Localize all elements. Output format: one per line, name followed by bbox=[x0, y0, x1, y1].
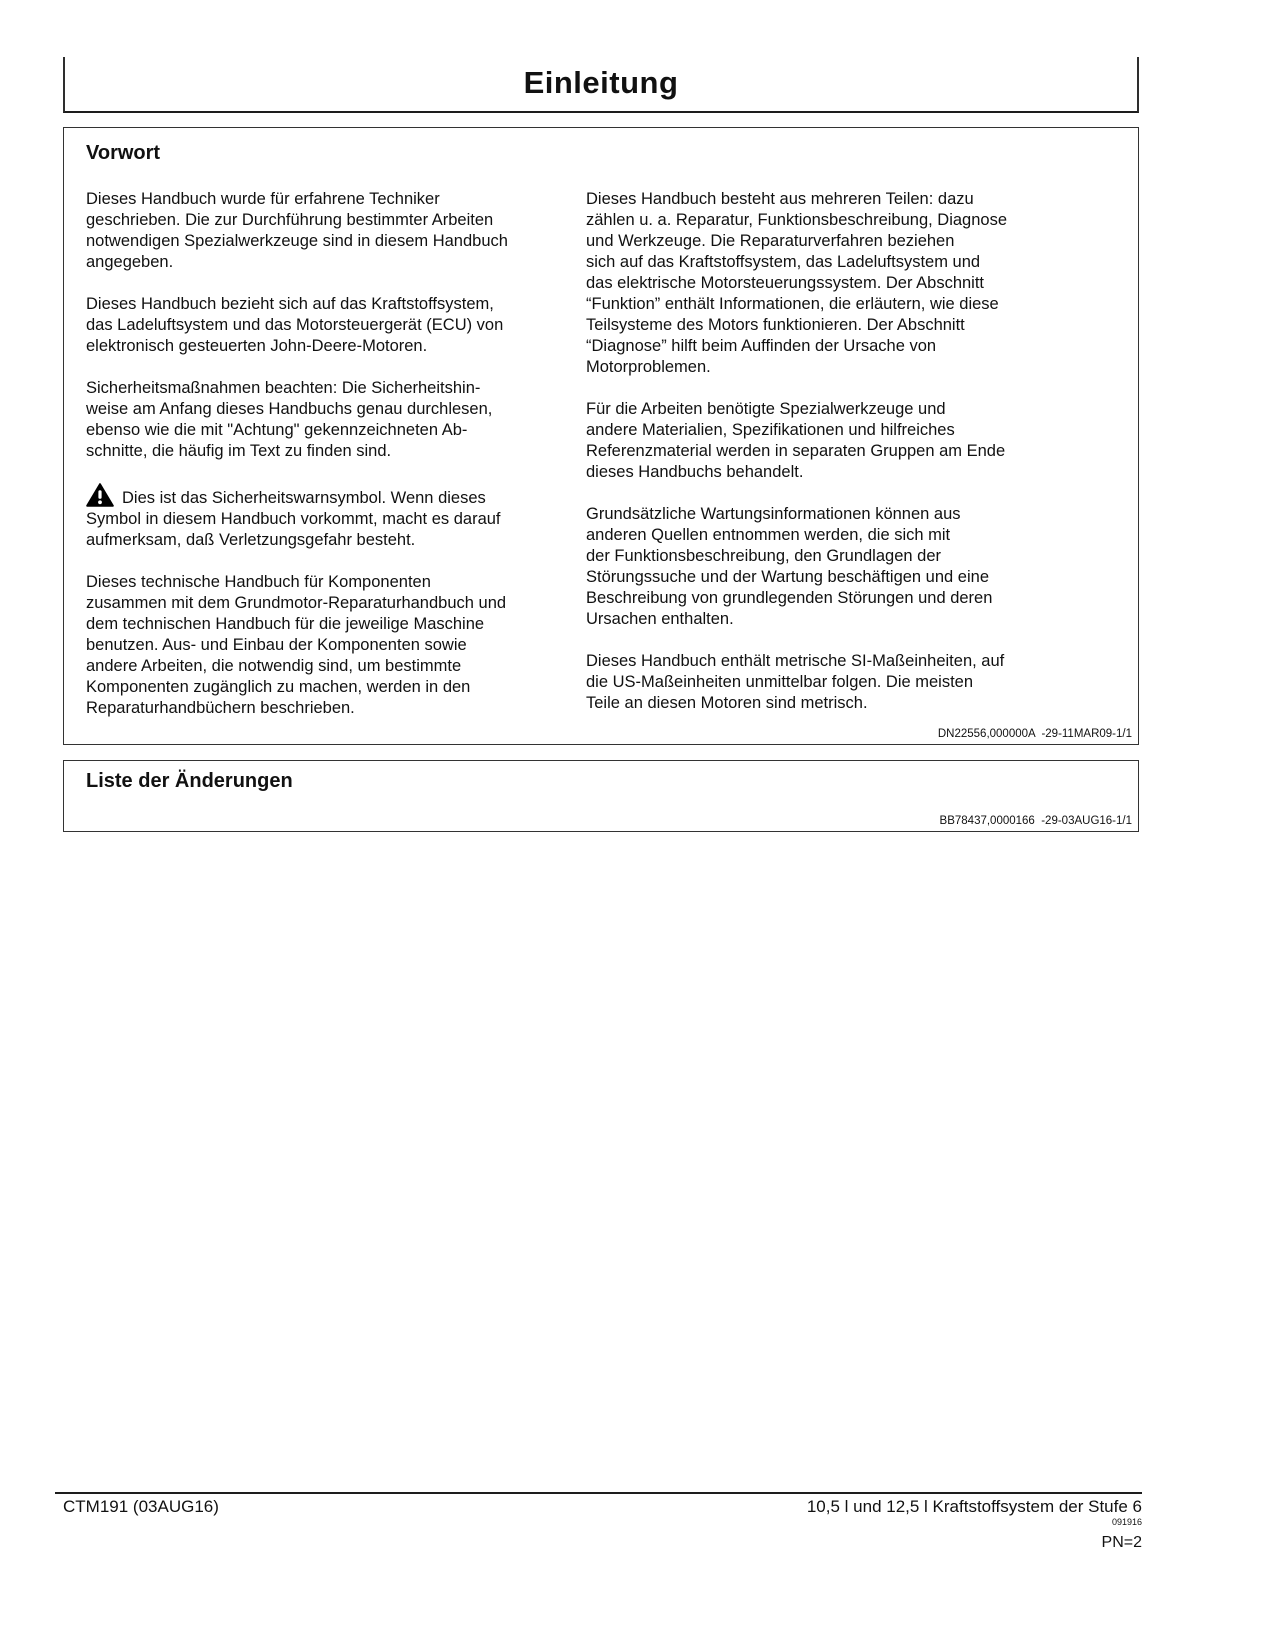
page-footer: CTM191 (03AUG16) 10,5 l und 12,5 l Kraft… bbox=[55, 1492, 1142, 1552]
section-reference-code: BB78437,0000166 -29-03AUG16-1/1 bbox=[940, 814, 1132, 828]
page-title: Einleitung bbox=[524, 65, 679, 103]
paragraph: Dieses Handbuch wurde für erfahrene Tech… bbox=[86, 189, 562, 273]
vorwort-columns: Dieses Handbuch wurde für erfahrene Tech… bbox=[86, 189, 1116, 740]
paragraph: Dieses technische Handbuch für Komponent… bbox=[86, 572, 562, 719]
paragraph: Für die Arbeiten benötigte Spezialwerkze… bbox=[586, 399, 1116, 483]
section-reference-code: DN22556,000000A -29-11MAR09-1/1 bbox=[938, 727, 1132, 741]
right-column: Dieses Handbuch besteht aus mehreren Tei… bbox=[586, 189, 1116, 740]
footer-print-date: 091916 bbox=[807, 1517, 1142, 1527]
safety-alert-icon bbox=[86, 483, 114, 507]
paragraph: Dieses Handbuch enthält metrische SI-Maß… bbox=[586, 651, 1116, 714]
manual-page: Einleitung Vorwort Dieses Handbuch wurde… bbox=[0, 0, 1275, 1650]
chapter-title-box: Einleitung bbox=[63, 57, 1139, 113]
vorwort-heading: Vorwort bbox=[86, 142, 1116, 165]
changes-heading: Liste der Änderungen bbox=[86, 770, 1116, 793]
footer-page-number: PN=2 bbox=[807, 1533, 1142, 1552]
warning-text: Dies ist das Sicherheitswarnsymbol. Wenn… bbox=[86, 489, 501, 549]
paragraph: Dieses Handbuch besteht aus mehreren Tei… bbox=[586, 189, 1116, 378]
footer-manual-code: CTM191 (03AUG16) bbox=[55, 1497, 219, 1517]
paragraph: Dieses Handbuch bezieht sich auf das Kra… bbox=[86, 294, 562, 357]
left-column: Dieses Handbuch wurde für erfahrene Tech… bbox=[86, 189, 562, 740]
footer-manual-title: 10,5 l und 12,5 l Kraftstoffsystem der S… bbox=[807, 1497, 1142, 1517]
changes-section: Liste der Änderungen BB78437,0000166 -29… bbox=[63, 760, 1139, 832]
footer-right-block: 10,5 l und 12,5 l Kraftstoffsystem der S… bbox=[807, 1497, 1142, 1552]
paragraph: Grundsätzliche Wartungsinformationen kön… bbox=[586, 504, 1116, 630]
paragraph: Sicherheitsmaßnahmen beachten: Die Siche… bbox=[86, 378, 562, 462]
safety-warning-paragraph: Dies ist das Sicherheitswarnsymbol. Wenn… bbox=[86, 483, 562, 551]
vorwort-section: Vorwort Dieses Handbuch wurde für erfahr… bbox=[63, 127, 1139, 745]
